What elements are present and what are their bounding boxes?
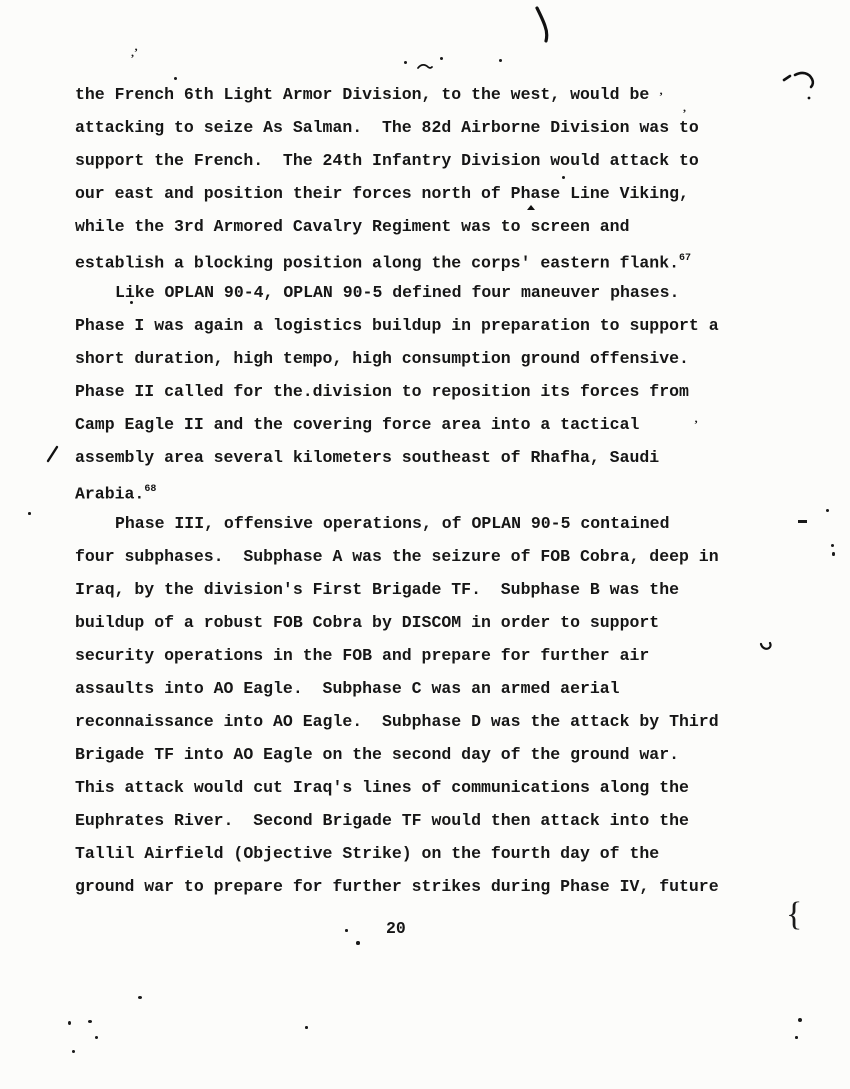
scan-speck <box>138 996 142 999</box>
scanned-document-page: the French 6th Light Armor Division, to … <box>0 0 850 1089</box>
noise-comma-mark: , <box>683 101 686 113</box>
text-line-content: support the French. The 24th Infantry Di… <box>75 151 699 170</box>
scan-speck <box>356 941 360 945</box>
footnote-ref: 68 <box>144 484 156 495</box>
text-line-content: attacking to seize As Salman. The 82d Ai… <box>75 118 699 137</box>
text-line: reconnaissance into AO Eagle. Subphase D… <box>75 705 755 738</box>
scan-speck <box>28 512 31 515</box>
text-line: ground war to prepare for further strike… <box>75 870 755 903</box>
text-line-content: assembly area several kilometers southea… <box>75 448 659 467</box>
text-line-content: Brigade TF into AO Eagle on the second d… <box>75 745 679 764</box>
text-line-content: ground war to prepare for further strike… <box>75 877 719 896</box>
scan-speck <box>88 1020 92 1023</box>
text-line-content: Iraq, by the division's First Brigade TF… <box>75 580 679 599</box>
text-line-content: This attack would cut Iraq's lines of co… <box>75 778 689 797</box>
noise-comma-mark: ’ <box>694 418 698 430</box>
text-line-content: reconnaissance into AO Eagle. Subphase D… <box>75 712 719 731</box>
text-line-content: assaults into AO Eagle. Subphase C was a… <box>75 679 620 698</box>
scan-speck <box>832 552 835 556</box>
text-line-content: four subphases. Subphase A was the seizu… <box>75 547 719 566</box>
footnote-ref: 67 <box>679 253 691 264</box>
text-line-content: Phase II called for the.division to repo… <box>75 382 689 401</box>
text-line: Phase I was again a logistics buildup in… <box>75 309 755 342</box>
text-line-content: buildup of a robust FOB Cobra by DISCOM … <box>75 613 659 632</box>
text-line-content: security operations in the FOB and prepa… <box>75 646 649 665</box>
text-line-content: Euphrates River. Second Brigade TF would… <box>75 811 689 830</box>
scan-speck <box>798 1018 802 1022</box>
text-line-content: Arabia. <box>75 485 144 504</box>
scan-speck <box>95 1036 98 1039</box>
text-line-content: while the 3rd Armored Cavalry Regiment w… <box>75 217 630 236</box>
scan-speck <box>404 61 407 64</box>
text-line-content: our east and position their forces north… <box>75 184 689 203</box>
scan-speck <box>130 301 133 304</box>
text-line: Camp Eagle II and the covering force are… <box>75 408 755 441</box>
hook-smudge <box>759 640 773 652</box>
text-line: Euphrates River. Second Brigade TF would… <box>75 804 755 837</box>
text-line: Like OPLAN 90-4, OPLAN 90-5 defined four… <box>75 276 755 309</box>
text-line: buildup of a robust FOB Cobra by DISCOM … <box>75 606 755 639</box>
scan-speck <box>174 77 177 80</box>
text-line: Phase II called for the.division to repo… <box>75 375 755 408</box>
scan-speck <box>440 57 443 60</box>
scan-speck <box>795 1036 798 1039</box>
text-line: Arabia.68 <box>75 474 755 507</box>
text-line: attacking to seize As Salman. The 82d Ai… <box>75 111 755 144</box>
scan-speck <box>305 1026 308 1029</box>
text-line: This attack would cut Iraq's lines of co… <box>75 771 755 804</box>
curly-brace-mark: { <box>786 898 802 932</box>
text-line-content: Camp Eagle II and the covering force are… <box>75 415 639 434</box>
text-line: Phase III, offensive operations, of OPLA… <box>75 507 755 540</box>
document-body: the French 6th Light Armor Division, to … <box>75 78 755 903</box>
scan-speck <box>68 1021 71 1025</box>
text-line: security operations in the FOB and prepa… <box>75 639 755 672</box>
text-line-content: establish a blocking position along the … <box>75 254 679 273</box>
text-line: Brigade TF into AO Eagle on the second d… <box>75 738 755 771</box>
text-line: establish a blocking position along the … <box>75 243 755 276</box>
squiggle-mark <box>781 70 821 104</box>
text-line-content: Like OPLAN 90-4, OPLAN 90-5 defined four… <box>115 283 679 302</box>
scan-speck <box>345 929 348 932</box>
text-line: assembly area several kilometers southea… <box>75 441 755 474</box>
pen-stroke-mark <box>533 6 555 44</box>
page-number: 20 <box>386 917 406 941</box>
tilde-mark <box>416 62 434 72</box>
noise-comma-mark: ’ <box>659 90 663 102</box>
scan-speck <box>562 176 565 179</box>
text-line-content: Phase III, offensive operations, of OPLA… <box>115 514 670 533</box>
scan-speck <box>499 59 502 62</box>
text-line: the French 6th Light Armor Division, to … <box>75 78 755 111</box>
scan-speck <box>831 544 834 547</box>
text-line-content: the French 6th Light Armor Division, to … <box>75 85 649 104</box>
scan-speck <box>72 1050 75 1053</box>
text-line-content: short duration, high tempo, high consump… <box>75 349 689 368</box>
text-line: assaults into AO Eagle. Subphase C was a… <box>75 672 755 705</box>
text-line-content: Phase I was again a logistics buildup in… <box>75 316 719 335</box>
noise-comma-mark: ,’ <box>131 46 138 58</box>
text-line: support the French. The 24th Infantry Di… <box>75 144 755 177</box>
dash-smudge <box>798 520 807 523</box>
text-line: while the 3rd Armored Cavalry Regiment w… <box>75 210 755 243</box>
text-line: Tallil Airfield (Objective Strike) on th… <box>75 837 755 870</box>
slash-mark <box>44 444 60 464</box>
text-line: Iraq, by the division's First Brigade TF… <box>75 573 755 606</box>
text-line: our east and position their forces north… <box>75 177 755 210</box>
text-line-content: Tallil Airfield (Objective Strike) on th… <box>75 844 659 863</box>
text-line: four subphases. Subphase A was the seizu… <box>75 540 755 573</box>
scan-speck <box>826 509 829 512</box>
text-line: short duration, high tempo, high consump… <box>75 342 755 375</box>
